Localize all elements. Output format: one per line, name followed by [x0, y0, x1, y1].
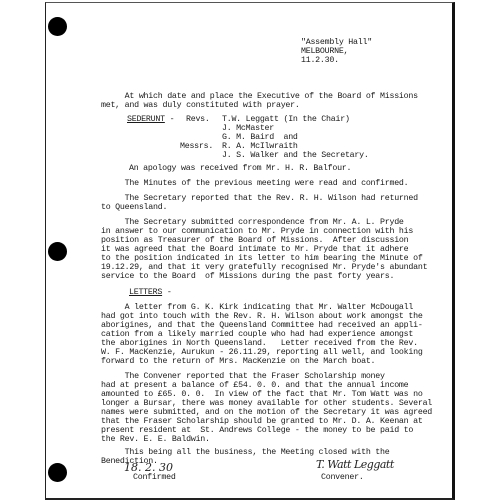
sederunt-dash: -	[165, 115, 174, 124]
punch-hole-middle	[48, 242, 67, 261]
convener-signature: T. Watt Leggatt	[316, 458, 394, 471]
letters-dash: -	[162, 288, 171, 297]
letters-line-7: forward to the return of Mrs. MacKenzie …	[101, 358, 375, 366]
punch-hole-bottom	[48, 463, 67, 482]
apology-text: An apology was received from Mr. H. R. B…	[129, 165, 351, 173]
intro-line-2: met, and was duly constituted with praye…	[101, 102, 300, 110]
messr-2: J. S. Walker and the Secretary.	[222, 152, 369, 160]
messrs-label: Messrs.	[180, 143, 213, 151]
sederunt-label: SEDERUNT	[127, 115, 165, 124]
scholarship-line-8: the Rev. E. E. Baldwin.	[101, 436, 210, 444]
letters-label: LETTERS	[129, 288, 162, 297]
convener-label: Convener.	[321, 474, 364, 482]
meeting-date: 11.2.30.	[301, 57, 339, 65]
minutes-text: The Minutes of the previous meeting were…	[101, 180, 408, 188]
revs-label: Revs.	[186, 116, 210, 124]
pryde-line-7: service to the Board of Missions during …	[101, 273, 394, 281]
punch-hole-top	[48, 17, 67, 36]
wilson-line-2: to Queensland.	[101, 204, 167, 212]
letters-heading: LETTERS -	[129, 289, 172, 297]
sederunt-heading: SEDERUNT -	[127, 116, 174, 124]
confirmed-label: Confirmed	[133, 474, 176, 482]
